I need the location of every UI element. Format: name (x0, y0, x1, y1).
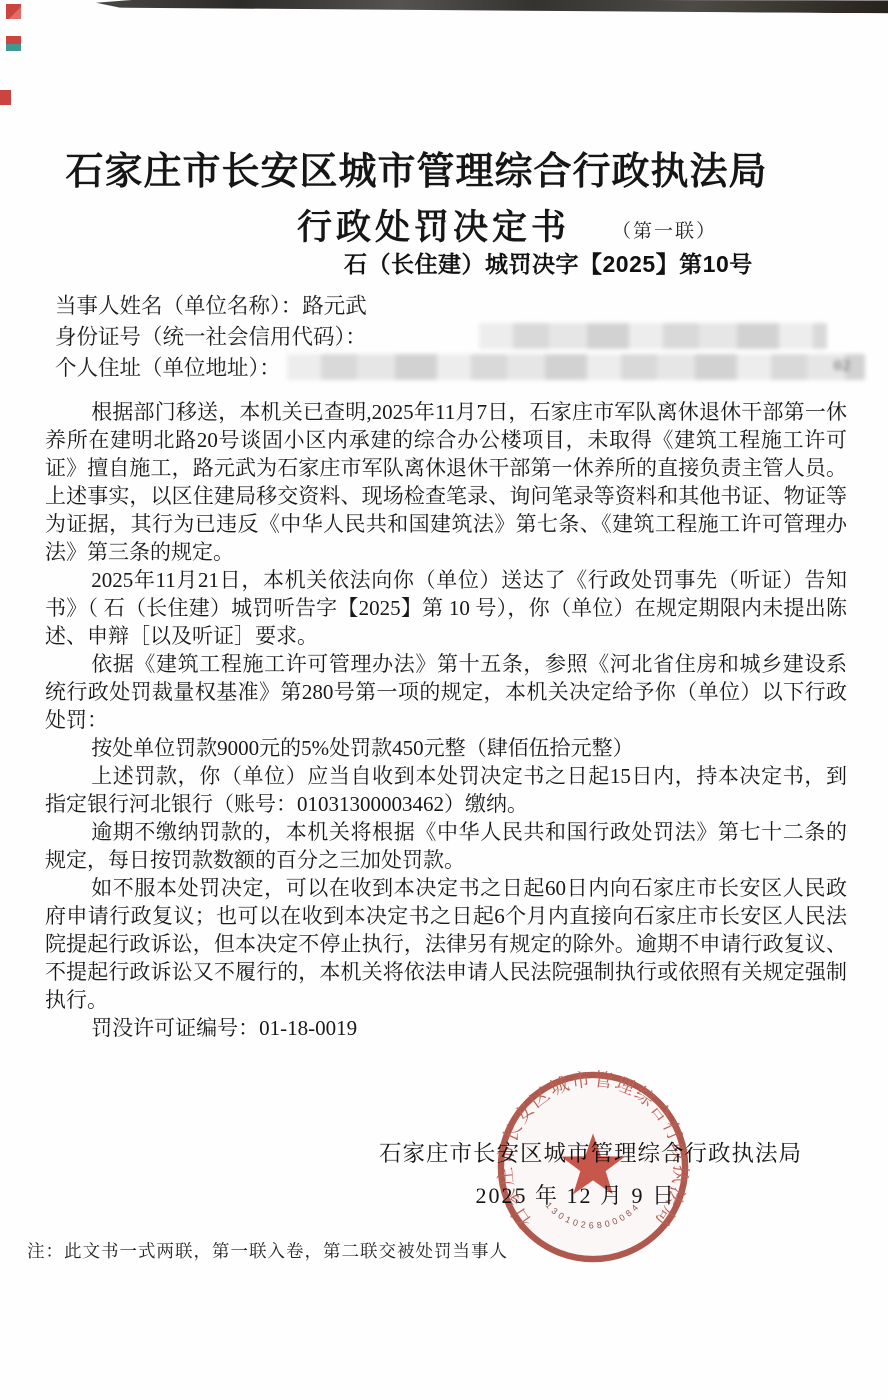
copy-number-label: （第一联） (612, 216, 717, 243)
paragraph-facts: 根据部门移送，本机关已查明,2025年11月7日，石家庄市军队离休退休干部第一休… (45, 398, 847, 566)
paragraph-legal-basis: 依据《建筑工程施工许可管理办法》第十五条，参照《河北省住房和城乡建设系统行政处罚… (45, 650, 847, 734)
issuing-authority-title: 石家庄市长安区城市管理综合行政执法局 (0, 140, 888, 195)
party-name-row: 当事人姓名（单位名称）：路元武 (55, 289, 865, 320)
corner-stamp-mark-icon (6, 36, 21, 51)
signature-authority: 石家庄市长安区城市管理综合行政执法局 (0, 1136, 888, 1168)
party-id-label: 身份证号（统一社会信用代码）： (55, 320, 367, 351)
redaction-blur-id (479, 323, 827, 349)
corner-stamp-mark-icon (6, 4, 21, 19)
paragraph-appeal-rights: 如不服本处罚决定，可以在收到本决定书之日起60日内向石家庄市长安区人民政府申请行… (45, 874, 847, 1014)
paragraph-prior-notice: 2025年11月21日，本机关依法向你（单位）送达了《行政处罚事先（听证）告知书… (45, 566, 847, 650)
party-id-row: 身份证号（统一社会信用代码）： (55, 320, 865, 351)
paragraph-late-payment: 逾期不缴纳罚款的，本机关将根据《中华人民共和国行政处罚法》第七十二条的规定，每日… (45, 818, 847, 874)
official-red-seal: 石家庄市长安区城市管理综合行政执法局 1301026800084 (494, 1068, 692, 1266)
party-name-label: 当事人姓名（单位名称）： (55, 289, 302, 320)
party-address-row: 个人住址（单位地址）： 02 (55, 351, 865, 382)
party-address-label: 个人住址（单位地址）： (55, 351, 281, 382)
scanner-edge-band (96, 0, 888, 13)
scanned-penalty-decision-document: 石家庄市长安区城市管理综合行政执法局 行政处罚决定书 （第一联） 石（长住建）城… (0, 0, 888, 1400)
footer-note: 注：此文书一式两联，第一联入卷，第二联交被处罚当事人 (27, 1238, 508, 1263)
paragraph-penalty-amount: 按处单位罚款9000元的5%处罚款450元整（肆佰伍拾元整） (45, 734, 847, 762)
corner-stamp-mark-icon (0, 90, 11, 105)
paragraph-permit-number: 罚没许可证编号：01-18-0019 (45, 1014, 847, 1042)
paragraph-payment-instruction: 上述罚款，你（单位）应当自收到本处罚决定书之日起15日内，持本决定书，到指定银行… (45, 762, 847, 818)
party-name-value: 路元武 (302, 289, 367, 320)
signature-date: 2025 年 12 月 9 日 (0, 1179, 888, 1210)
signature-block: 石家庄市长安区城市管理综合行政执法局 2025 年 12 月 9 日 (0, 1136, 888, 1210)
redaction-blur-address: 02 (287, 354, 865, 380)
address-visible-tail: 02 (834, 358, 851, 375)
decision-body: 根据部门移送，本机关已查明,2025年11月7日，石家庄市军队离休退休干部第一休… (45, 398, 847, 1042)
party-info-section: 当事人姓名（单位名称）：路元武 身份证号（统一社会信用代码）： 个人住址（单位地… (55, 289, 865, 382)
document-number: 石（长住建）城罚决字【2025】第10号 (344, 246, 753, 279)
document-type-title: 行政处罚决定书 (297, 200, 570, 250)
